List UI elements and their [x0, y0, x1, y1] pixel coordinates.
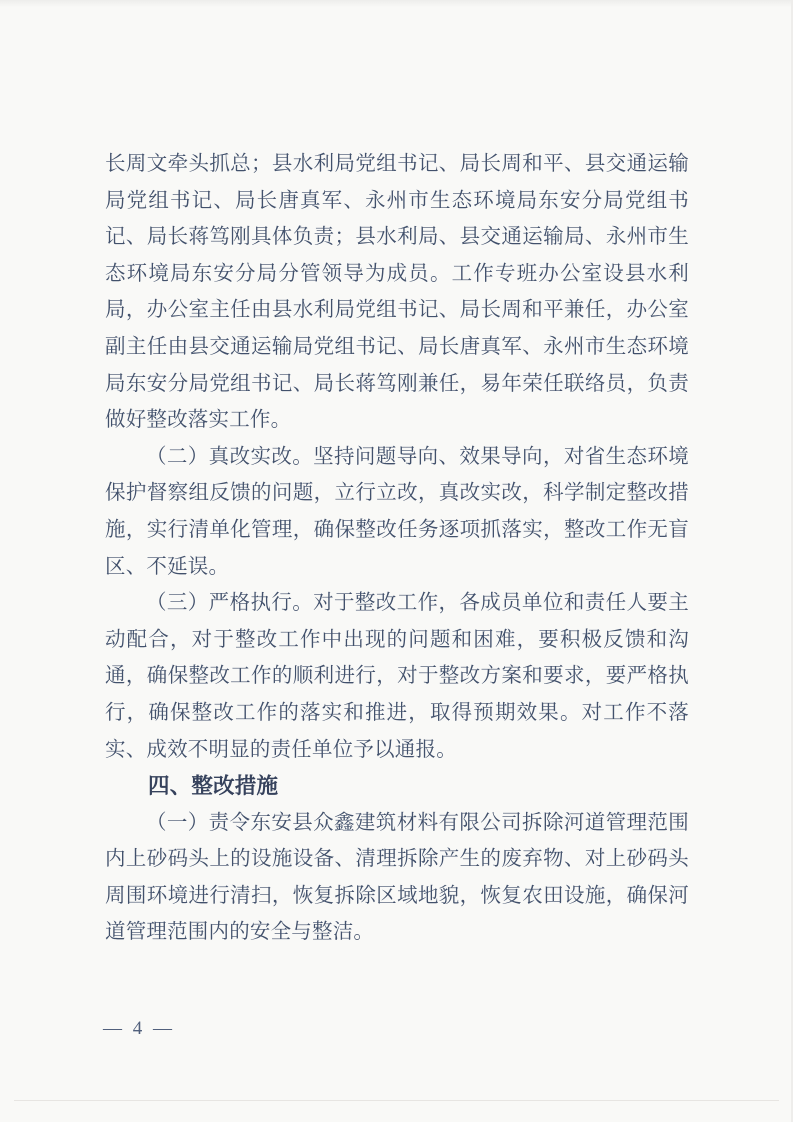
paragraph: （一）责令东安县众鑫建筑材料有限公司拆除河道管理范围内上砂码头上的设施设备、清理… — [105, 805, 689, 951]
document-body: 长周文牵头抓总；县水利局党组书记、局长周和平、县交通运输局党组书记、局长唐真军、… — [105, 146, 689, 951]
paragraph: 长周文牵头抓总；县水利局党组书记、局长周和平、县交通运输局党组书记、局长唐真军、… — [105, 146, 689, 439]
section-heading: 四、整改措施 — [105, 768, 689, 805]
scan-artifact-bottom-edge — [14, 1100, 779, 1101]
scanned-page: 长周文牵头抓总；县水利局党组书记、局长周和平、县交通运输局党组书记、局长唐真军、… — [0, 0, 793, 1122]
page-number: — 4 — — [103, 1015, 175, 1043]
scan-artifact-top-edge — [0, 0, 793, 7]
paragraph: （三）严格执行。对于整改工作，各成员单位和责任人要主动配合，对于整改工作中出现的… — [105, 585, 689, 768]
paragraph: （二）真改实改。坚持问题导向、效果导向，对省生态环境保护督察组反馈的问题，立行立… — [105, 439, 689, 585]
